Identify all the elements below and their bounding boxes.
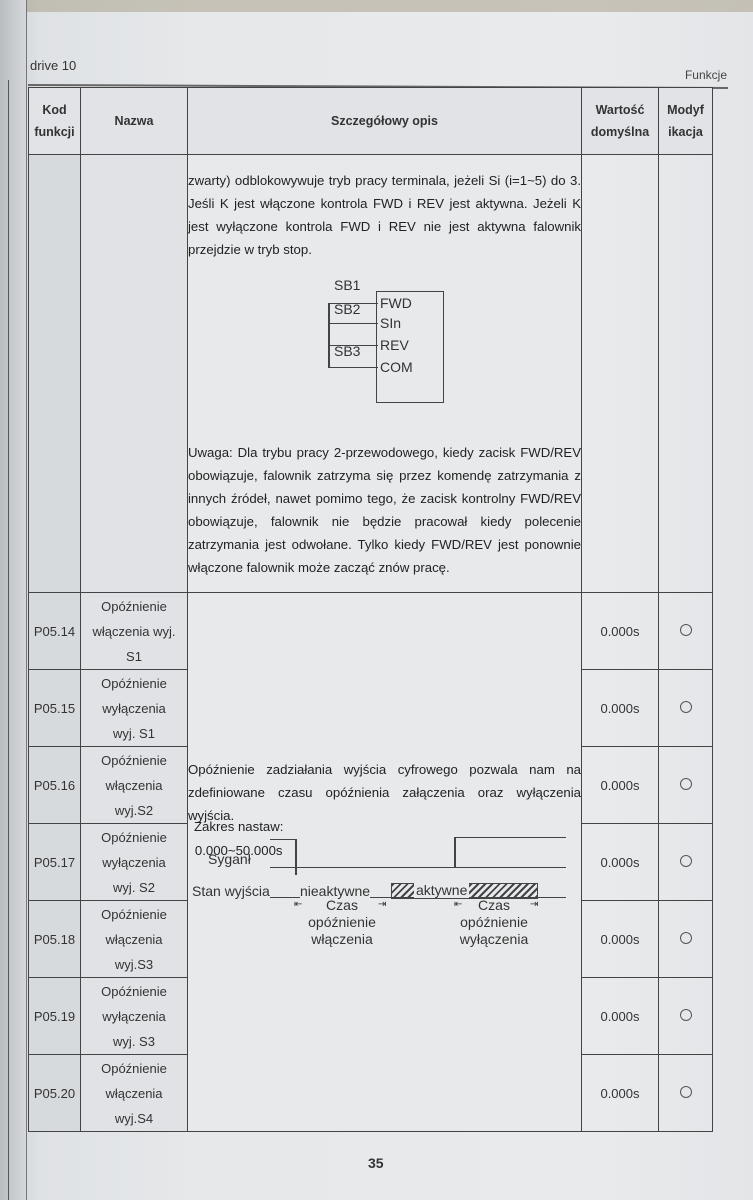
active-label: aktywne xyxy=(414,882,469,898)
col-modify-line2: ikacja xyxy=(659,121,712,143)
param-name-line: Opóźnienie xyxy=(81,902,187,927)
param-name-line: wyj.S3 xyxy=(81,952,187,977)
switch-sb1: SB1 xyxy=(334,277,360,293)
modify-indicator xyxy=(659,747,713,824)
manual-page: drive 10 Funkcje Kod funkcji Nazwa Szcze… xyxy=(0,0,753,1200)
param-name-line: wyłączenia xyxy=(81,1004,187,1029)
code-cell-empty xyxy=(29,155,81,593)
modify-indicator xyxy=(659,1055,713,1132)
param-name-line: wyj.S4 xyxy=(81,1106,187,1131)
terminal-com: COM xyxy=(380,359,413,375)
circle-icon xyxy=(680,855,692,867)
param-name-line: włączenia xyxy=(81,773,187,798)
param-name-line: włączenia xyxy=(81,1081,187,1106)
signal-high-2 xyxy=(454,837,566,839)
param-name-line: wyj. S3 xyxy=(81,1029,187,1054)
param-code: P05.17 xyxy=(29,824,81,901)
signal-rise-edge xyxy=(454,837,456,868)
wire-com xyxy=(328,367,378,369)
param-name-line: Opóźnienie xyxy=(81,825,187,850)
default-value: 0.000s xyxy=(582,670,659,747)
continued-paragraph: zwarty) odblokowywuje tryb pracy termina… xyxy=(188,169,581,261)
param-code: P05.19 xyxy=(29,978,81,1055)
param-name-line: włączenia wyj. xyxy=(81,619,187,644)
param-name: Opóźnienie wyłączenia wyj. S1 xyxy=(81,670,188,747)
param-code: P05.14 xyxy=(29,593,81,670)
modify-cell-empty xyxy=(659,155,713,593)
circle-icon xyxy=(680,932,692,944)
param-name: Opóźnienie włączenia wyj.S4 xyxy=(81,1055,188,1132)
wire-sin xyxy=(328,323,378,325)
param-code: P05.16 xyxy=(29,747,81,824)
terminal-fwd: FWD xyxy=(380,295,412,311)
spine-line xyxy=(8,80,9,1200)
param-name-line: Opóźnienie xyxy=(81,671,187,696)
param-name-line: Opóźnienie xyxy=(81,1056,187,1081)
col-desc-header: Szczegółowy opis xyxy=(188,88,582,155)
wire-fwd xyxy=(328,303,378,305)
table-header-row: Kod funkcji Nazwa Szczegółowy opis Warto… xyxy=(29,88,713,155)
table-row: P05.14 Opóźnienie włączenia wyj. S1 Opóź… xyxy=(29,593,713,670)
param-name-line: wyj. S1 xyxy=(81,721,187,746)
param-name-line: Opóźnienie xyxy=(81,748,187,773)
param-name-line: Opóźnienie xyxy=(81,594,187,619)
modify-indicator xyxy=(659,670,713,747)
wire-common-vertical xyxy=(328,303,330,368)
off-delay-line: wyłączenia xyxy=(444,931,544,948)
col-default-header: Wartość domyślna xyxy=(582,88,659,155)
header-right: Funkcje xyxy=(685,68,727,82)
modify-indicator xyxy=(659,593,713,670)
arrow-right-icon: ⇥ xyxy=(378,899,386,910)
param-code: P05.15 xyxy=(29,670,81,747)
default-value: 0.000s xyxy=(582,747,659,824)
page-number: 35 xyxy=(368,1155,384,1171)
desc-cell-continued: zwarty) odblokowywuje tryb pracy termina… xyxy=(188,155,582,593)
default-cell-empty xyxy=(582,155,659,593)
range-value: 0.000~50.000s xyxy=(194,839,283,863)
col-modify-header: Modyf ikacja xyxy=(659,88,713,155)
col-name-header: Nazwa xyxy=(81,88,188,155)
output-state-label: Stan wyjścia xyxy=(192,883,270,899)
modify-indicator xyxy=(659,978,713,1055)
signal-low xyxy=(270,867,566,869)
setting-range: Zakres nastaw: 0.000~50.000s xyxy=(194,815,283,863)
range-label: Zakres nastaw: xyxy=(194,815,283,839)
on-delay-line: Czas xyxy=(292,897,392,914)
signal-fall-edge xyxy=(295,839,297,875)
default-value: 0.000s xyxy=(582,978,659,1055)
table-row-continued: zwarty) odblokowywuje tryb pracy termina… xyxy=(29,155,713,593)
default-value: 0.000s xyxy=(582,1055,659,1132)
default-value: 0.000s xyxy=(582,824,659,901)
arrow-right-icon: ⇥ xyxy=(530,899,538,910)
param-code: P05.18 xyxy=(29,901,81,978)
param-name-line: S1 xyxy=(81,644,187,669)
param-name-line: wyj. S2 xyxy=(81,875,187,900)
wire-rev xyxy=(328,345,378,347)
background-edge xyxy=(0,0,753,12)
col-default-line2: domyślna xyxy=(582,121,658,143)
on-delay-line: włączenia xyxy=(292,931,392,948)
param-name-line: Opóźnienie xyxy=(81,979,187,1004)
off-delay-line: opóźnienie xyxy=(444,914,544,931)
desc-cell-shared: Opóźnienie zadziałania wyjścia cyfrowego… xyxy=(188,593,582,1132)
param-name-line: wyj.S2 xyxy=(81,798,187,823)
param-name-line: wyłączenia xyxy=(81,696,187,721)
modify-indicator xyxy=(659,901,713,978)
param-name-line: włączenia xyxy=(81,927,187,952)
col-code-line2: funkcji xyxy=(29,121,80,143)
col-code-line1: Kod xyxy=(29,99,80,121)
on-delay-label: Czas opóźnienie włączenia xyxy=(292,897,392,948)
param-name: Opóźnienie włączenia wyj.S2 xyxy=(81,747,188,824)
circle-icon xyxy=(680,624,692,636)
default-value: 0.000s xyxy=(582,901,659,978)
default-value: 0.000s xyxy=(582,593,659,670)
parameter-table: Kod funkcji Nazwa Szczegółowy opis Warto… xyxy=(28,87,713,1132)
circle-icon xyxy=(680,1009,692,1021)
circle-icon xyxy=(680,1086,692,1098)
arrow-left-icon: ⇤ xyxy=(294,899,302,910)
param-name: Opóźnienie włączenia wyj.S3 xyxy=(81,901,188,978)
name-cell-empty xyxy=(81,155,188,593)
param-name: Opóźnienie włączenia wyj. S1 xyxy=(81,593,188,670)
modify-indicator xyxy=(659,824,713,901)
circle-icon xyxy=(680,778,692,790)
arrow-left-icon: ⇤ xyxy=(454,899,462,910)
note-paragraph: Uwaga: Dla trybu pracy 2-przewodowego, k… xyxy=(188,441,581,579)
param-name-line: wyłączenia xyxy=(81,850,187,875)
on-delay-line: opóźnienie xyxy=(292,914,392,931)
col-modify-line1: Modyf xyxy=(659,99,712,121)
header-left: drive 10 xyxy=(30,58,76,73)
col-code-header: Kod funkcji xyxy=(29,88,81,155)
terminal-sin: SIn xyxy=(380,315,401,331)
terminal-wiring-diagram: SB1 SB2 SB3 FWD SIn REV COM xyxy=(316,277,456,407)
param-name: Opóźnienie wyłączenia wyj. S2 xyxy=(81,824,188,901)
terminal-rev: REV xyxy=(380,337,409,353)
circle-icon xyxy=(680,701,692,713)
previous-page-edge xyxy=(0,0,27,1200)
param-code: P05.20 xyxy=(29,1055,81,1132)
param-name: Opóźnienie wyłączenia wyj. S3 xyxy=(81,978,188,1055)
col-default-line1: Wartość xyxy=(582,99,658,121)
